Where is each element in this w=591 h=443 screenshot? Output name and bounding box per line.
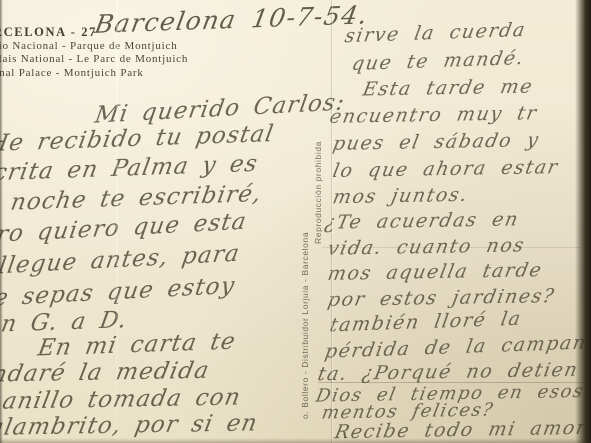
postcard-photo: RCELONA - 27 cio Nacional - Parque de Mo… [0,0,591,443]
handwriting-right-line-3: Esta tarde me [361,75,535,100]
handwriting-right-line-5: pues el sábado y [331,129,542,155]
handwriting-right-line-4: encuentro muy tr [328,102,540,128]
handwriting-right-line-13: pérdida de la campani [323,331,591,363]
handwriting-right-line-6: lo que ahora estar [331,156,561,182]
caption-line-en: onal Palace - Montjuich Park [0,67,188,81]
reproduction-notice: Reproducción prohibida [313,141,323,244]
paper-crease-horizontal-faint [322,247,582,248]
handwritten-date: Barcelona 10-7-54. [93,0,371,39]
paper-crease-vertical [116,0,118,443]
handwriting-right-line-7: mos juntos. [331,184,470,208]
paper-crease-horizontal [318,382,583,383]
handwriting-left-line-10: mandaré la medida [0,358,212,389]
photo-edge-bottom [0,438,591,443]
caption-line-fr: alais National - Le Parc de Montjuich [0,53,188,67]
photo-edge-right [575,0,591,443]
handwriting-right-line-2: que te mandé. [350,47,526,75]
handwriting-right-line-1: sirve la cuerda [343,19,528,47]
handwriting-right-line-10: mos aquella tarde [326,259,545,285]
handwriting-right-line-8: ¿Te acuerdas en [323,208,521,233]
caption-line-es: cio Nacional - Parque de Montjuich [0,40,188,54]
publisher-imprint: o. Bollero - Distribuidor Lorjuia - Barc… [300,232,310,419]
photo-edge-left [0,0,3,443]
card-center-divider [331,0,332,443]
handwriting-right-line-12: también lloré la [328,308,523,337]
